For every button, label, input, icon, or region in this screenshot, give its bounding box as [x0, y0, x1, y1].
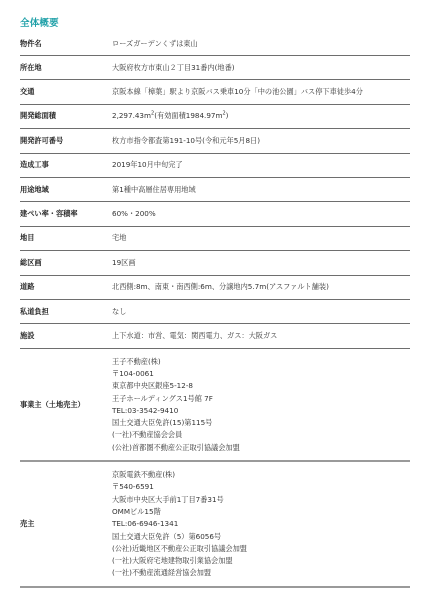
seller-line: TEL:06-6946-1341 — [112, 518, 410, 530]
row-value: 大阪府枚方市東山２丁目31番内(地番) — [112, 63, 410, 73]
row-label: 総区画 — [20, 258, 112, 268]
row-land-category: 地目 宅地 — [20, 227, 410, 251]
seller-line: OMMビル15階 — [112, 506, 410, 518]
row-value: 王子不動産(株) 〒104-0061 東京都中央区銀座5-12-8 王子ホールデ… — [112, 356, 410, 454]
row-label: 開発許可番号 — [20, 136, 112, 146]
seller-line: 〒540-6591 — [112, 481, 410, 493]
row-label: 物件名 — [20, 39, 112, 49]
area-close: ) — [226, 111, 229, 120]
row-label: 所在地 — [20, 63, 112, 73]
seller-line: 京阪電鉄不動産(株) — [112, 469, 410, 481]
row-access: 交通 京阪本線「樟葉」駅より京阪バス乗車10分「中の池公園」バス停下車徒歩4分 — [20, 80, 410, 104]
row-value: 2019年10月中旬完了 — [112, 160, 410, 170]
developer-line: 王子ホールディングス1号館 7F — [112, 393, 410, 405]
developer-line: 〒104-0061 — [112, 368, 410, 380]
developer-line: (公社)首都圏不動産公正取引協議会加盟 — [112, 442, 410, 454]
area-total: 2,297.43m — [112, 111, 151, 120]
row-value: ローズガーデンくずは東山 — [112, 39, 410, 49]
row-label: 売主 — [20, 519, 112, 529]
row-label: 私道負担 — [20, 307, 112, 317]
section-title: 全体概要 — [20, 15, 59, 29]
row-label: 道路 — [20, 282, 112, 292]
row-construction: 造成工事 2019年10月中旬完了 — [20, 154, 410, 178]
overview-table: 物件名 ローズガーデンくずは東山 所在地 大阪府枚方市東山２丁目31番内(地番)… — [20, 32, 410, 588]
seller-line: 大阪市中央区大手前1丁目7番31号 — [112, 494, 410, 506]
row-developer: 事業主（土地売主） 王子不動産(株) 〒104-0061 東京都中央区銀座5-1… — [20, 349, 410, 462]
area-effective: (有効面積1984.97m — [154, 111, 222, 120]
seller-line: 国土交通大臣免許（5）第6056号 — [112, 531, 410, 543]
row-label: 造成工事 — [20, 160, 112, 170]
row-label: 事業主（土地売主） — [20, 400, 112, 410]
developer-line: 王子不動産(株) — [112, 356, 410, 368]
row-label: 施設 — [20, 331, 112, 341]
row-development-area: 開発総面積 2,297.43m2(有効面積1984.97m2) — [20, 105, 410, 129]
row-roads: 道路 北西側:8m、南東・南西側:6m、分譲地内5.7m(アスファルト舗装) — [20, 276, 410, 300]
row-total-lots: 総区画 19区画 — [20, 251, 410, 275]
row-value: 第1種中高層住居専用地域 — [112, 185, 410, 195]
row-facilities: 施設 上下水道：市営、電気：関西電力、ガス：大阪ガス — [20, 324, 410, 348]
row-seller: 売主 京阪電鉄不動産(株) 〒540-6591 大阪市中央区大手前1丁目7番31… — [20, 462, 410, 588]
row-label: 建ぺい率・容積率 — [20, 209, 112, 219]
row-zoning: 用途地域 第1種中高層住居専用地域 — [20, 178, 410, 202]
row-value: 北西側:8m、南東・南西側:6m、分譲地内5.7m(アスファルト舗装) — [112, 282, 410, 292]
row-value: なし — [112, 307, 410, 317]
seller-line: (一社)不動産流通経営協会加盟 — [112, 567, 410, 579]
developer-line: (一社)不動産協会会員 — [112, 429, 410, 441]
row-value: 60%・200% — [112, 209, 410, 219]
developer-line: TEL:03-3542-9410 — [112, 405, 410, 417]
row-label: 用途地域 — [20, 185, 112, 195]
row-value: 京阪本線「樟葉」駅より京阪バス乗車10分「中の池公園」バス停下車徒歩4分 — [112, 87, 410, 97]
row-value: 京阪電鉄不動産(株) 〒540-6591 大阪市中央区大手前1丁目7番31号 O… — [112, 469, 410, 580]
row-location: 所在地 大阪府枚方市東山２丁目31番内(地番) — [20, 56, 410, 80]
row-label: 交通 — [20, 87, 112, 97]
row-private-road: 私道負担 なし — [20, 300, 410, 324]
row-label: 開発総面積 — [20, 111, 112, 121]
developer-line: 東京都中央区銀座5-12-8 — [112, 380, 410, 392]
row-value: 枚方市指令都査第191-10号(令和元年5月8日) — [112, 136, 410, 146]
seller-line: (一社)大阪府宅地建物取引業協会加盟 — [112, 555, 410, 567]
row-property-name: 物件名 ローズガーデンくずは東山 — [20, 32, 410, 56]
developer-line: 国土交通大臣免許(15)第115号 — [112, 417, 410, 429]
row-value: 2,297.43m2(有効面積1984.97m2) — [112, 111, 410, 121]
row-value: 宅地 — [112, 233, 410, 243]
seller-line: (公社)近畿地区不動産公正取引協議会加盟 — [112, 543, 410, 555]
row-coverage-ratio: 建ぺい率・容積率 60%・200% — [20, 202, 410, 226]
row-value: 19区画 — [112, 258, 410, 268]
row-value: 上下水道：市営、電気：関西電力、ガス：大阪ガス — [112, 331, 410, 341]
row-permit-number: 開発許可番号 枚方市指令都査第191-10号(令和元年5月8日) — [20, 129, 410, 153]
row-label: 地目 — [20, 233, 112, 243]
